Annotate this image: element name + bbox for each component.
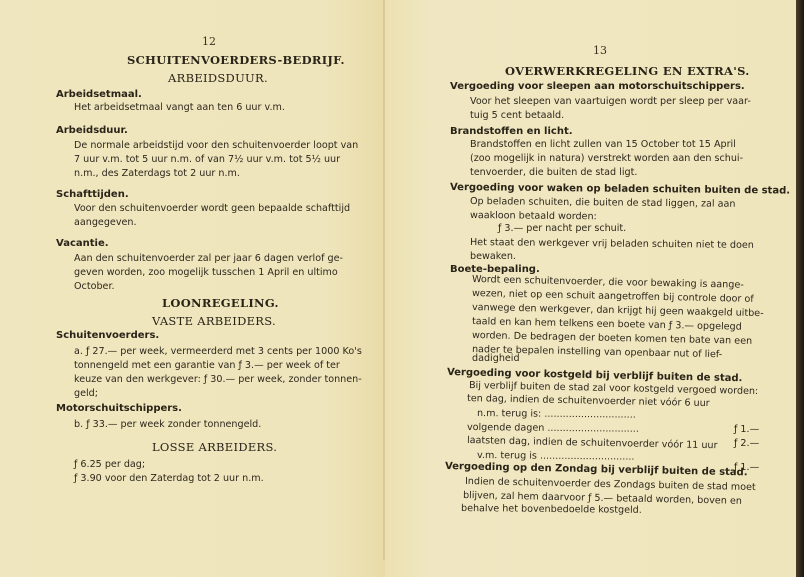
paragraph-line: tenvoerder, die buiten de stad ligt. [470, 167, 637, 178]
subheading-brandstoffen: Brandstoffen en licht. [450, 126, 573, 137]
paragraph-line: b. ƒ 33.— per week zonder tonnengeld. [74, 419, 261, 430]
paragraph-line: October. [74, 281, 115, 292]
paragraph-line: n.m. terug is: .........................… [477, 408, 636, 421]
paragraph-line: keuze van den werkgever: ƒ 30.— per week… [74, 374, 362, 385]
left-page: 12 SCHUITENVOERDERS-BEDRIJF. ARBEIDSDUUR… [0, 0, 383, 577]
paragraph-line: (zoo mogelijk in natura) verstrekt worde… [470, 153, 743, 164]
paragraph-line: ƒ 6.25 per dag; [74, 459, 145, 470]
subheading-arbeidsduur: Arbeidsduur. [56, 125, 128, 136]
paragraph-line: aangegeven. [74, 217, 137, 228]
right-page: 13 OVERWERKREGELING EN EXTRA'S. Vergoedi… [385, 0, 796, 577]
subheading-schuitenvoerders: Schuitenvoerders. [56, 330, 159, 341]
paragraph-line: ten dag, indien de schuitenvoerder niet … [467, 393, 710, 409]
paragraph-line: a. ƒ 27.— per week, vermeerderd met 3 ce… [74, 346, 362, 357]
section-heading-arbeidsduur: ARBEIDSDUUR. [168, 71, 268, 85]
amount: ƒ 1.— [734, 424, 759, 435]
paragraph-line: 7 uur v.m. tot 5 uur n.m. of van 7½ uur … [74, 154, 340, 165]
book-spread: 12 SCHUITENVOERDERS-BEDRIJF. ARBEIDSDUUR… [0, 0, 796, 577]
paragraph-line: Voor het sleepen van vaartuigen wordt pe… [470, 96, 751, 107]
paragraph-line: laatsten dag, indien de schuitenvoerder … [467, 435, 718, 451]
paragraph-line: Het arbeidsetmaal vangt aan ten 6 uur v.… [74, 102, 285, 113]
paragraph-line: Aan den schuitenvoerder zal per jaar 6 d… [74, 253, 343, 264]
subheading-schafttijden: Schafttijden. [56, 189, 129, 200]
paragraph-line: behalve het bovenbedoelde kostgeld. [461, 503, 642, 516]
subheading-motorschuitschippers: Motorschuitschippers. [56, 403, 182, 414]
scan-edge-shadow [796, 0, 804, 577]
paragraph-line: De normale arbeidstijd voor den schuiten… [74, 140, 358, 151]
section-heading-vaste-arbeiders: VASTE ARBEIDERS. [152, 314, 276, 328]
section-heading-losse-arbeiders: LOSSE ARBEIDERS. [152, 440, 277, 454]
paragraph-line: waakloon betaald worden: [470, 210, 597, 222]
amount: ƒ 2.— [734, 438, 759, 449]
subheading-boete: Boete-bepaling. [450, 264, 540, 275]
paragraph-line: geven worden, zoo mogelijk tusschen 1 Ap… [74, 267, 338, 278]
paragraph-line: geld; [74, 388, 98, 399]
page-number: 13 [593, 44, 607, 57]
paragraph-line: v.m. terug is ..........................… [477, 450, 635, 463]
subheading-sleepen: Vergoeding voor sleepen aan motorschuits… [450, 81, 745, 92]
section-heading-loonregeling: LOONREGELING. [162, 296, 279, 310]
subheading-vacantie: Vacantie. [56, 238, 109, 249]
paragraph-line: volgende dagen .........................… [467, 422, 639, 435]
page-number: 12 [202, 35, 216, 48]
page-title: SCHUITENVOERDERS-BEDRIJF. [127, 53, 345, 67]
subheading-arbeidsetmaal: Arbeidsetmaal. [56, 89, 142, 100]
paragraph-line: ƒ 3.— per nacht per schuit. [498, 223, 626, 234]
paragraph-line: Het staat den werkgever vrij beladen sch… [470, 237, 754, 251]
paragraph-line: tonnengeld met een garantie van ƒ 3.— pe… [74, 360, 340, 371]
paragraph-line: Op beladen schuiten, die buiten de stad … [470, 196, 736, 210]
paragraph-line: ƒ 3.90 voor den Zaterdag tot 2 uur n.m. [74, 473, 264, 484]
paragraph-line: dadigheid [472, 353, 520, 364]
paragraph-line: tuig 5 cent betaald. [470, 110, 564, 121]
paragraph-line: bewaken. [470, 251, 516, 262]
paragraph-line: n.m., des Zaterdags tot 2 uur n.m. [74, 168, 240, 179]
subheading-waken: Vergoeding voor waken op beladen schuite… [450, 182, 790, 197]
paragraph-line: Voor den schuitenvoerder wordt geen bepa… [74, 203, 350, 214]
page-title: OVERWERKREGELING EN EXTRA'S. [505, 64, 750, 78]
paragraph-line: Brandstoffen en licht zullen van 15 Octo… [470, 139, 736, 150]
